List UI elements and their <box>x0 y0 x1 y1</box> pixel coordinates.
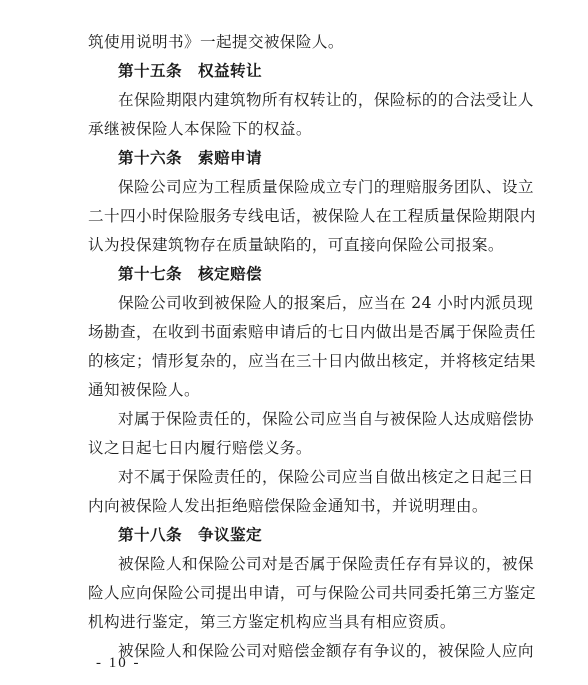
body-line: 被保险人和保险公司对是否属于保险责任存有异议的，被保 <box>88 550 464 579</box>
body-line: 通知被保险人。 <box>88 376 464 405</box>
article-number: 第十六条 <box>118 149 182 167</box>
article-title: 核定赔偿 <box>198 265 262 283</box>
article-title: 索赔申请 <box>198 149 262 167</box>
article-title: 权益转让 <box>198 62 262 80</box>
body-line: 对属于保险责任的，保险公司应当自与被保险人达成赔偿协 <box>88 405 464 434</box>
article-number: 第十七条 <box>118 265 182 283</box>
body-line: 对不属于保险责任的，保险公司应当自做出核定之日起三日 <box>88 463 464 492</box>
article-number: 第十五条 <box>118 62 182 80</box>
page-number: - 10 - <box>96 655 141 672</box>
body-line: 保险公司收到被保险人的报案后，应当在 24 小时内派员现 <box>88 289 464 318</box>
body-line: 内向被保险人发出拒绝赔偿保险金通知书，并说明理由。 <box>88 492 464 521</box>
body-line: 的核定；情形复杂的，应当在三十日内做出核定，并将核定结果 <box>88 347 464 376</box>
article-heading-18: 第十八条争议鉴定 <box>88 521 464 550</box>
article-heading-15: 第十五条权益转让 <box>88 57 464 86</box>
body-line: 场勘查，在收到书面索赔申请后的七日内做出是否属于保险责任 <box>88 318 464 347</box>
body-line: 认为投保建筑物存在质量缺陷的，可直接向保险公司报案。 <box>88 231 464 260</box>
body-line: 险人应向保险公司提出申请，可与保险公司共同委托第三方鉴定 <box>88 579 464 608</box>
article-title: 争议鉴定 <box>198 526 262 544</box>
body-line: 承继被保险人本保险下的权益。 <box>88 115 464 144</box>
article-heading-17: 第十七条核定赔偿 <box>88 260 464 289</box>
body-line: 机构进行鉴定，第三方鉴定机构应当具有相应资质。 <box>88 608 464 637</box>
body-line: 被保险人和保险公司对赔偿金额存有争议的，被保险人应向 <box>88 637 464 666</box>
body-line: 在保险期限内建筑物所有权转让的，保险标的的合法受让人 <box>88 86 464 115</box>
article-heading-16: 第十六条索赔申请 <box>88 144 464 173</box>
body-line: 保险公司应为工程质量保险成立专门的理赔服务团队、设立 <box>88 173 464 202</box>
body-line: 筑使用说明书》一起提交被保险人。 <box>88 28 464 57</box>
document-body: 筑使用说明书》一起提交被保险人。 第十五条权益转让 在保险期限内建筑物所有权转让… <box>88 28 464 666</box>
body-line: 议之日起七日内履行赔偿义务。 <box>88 434 464 463</box>
body-line: 二十四小时保险服务专线电话，被保险人在工程质量保险期限内 <box>88 202 464 231</box>
article-number: 第十八条 <box>118 526 182 544</box>
